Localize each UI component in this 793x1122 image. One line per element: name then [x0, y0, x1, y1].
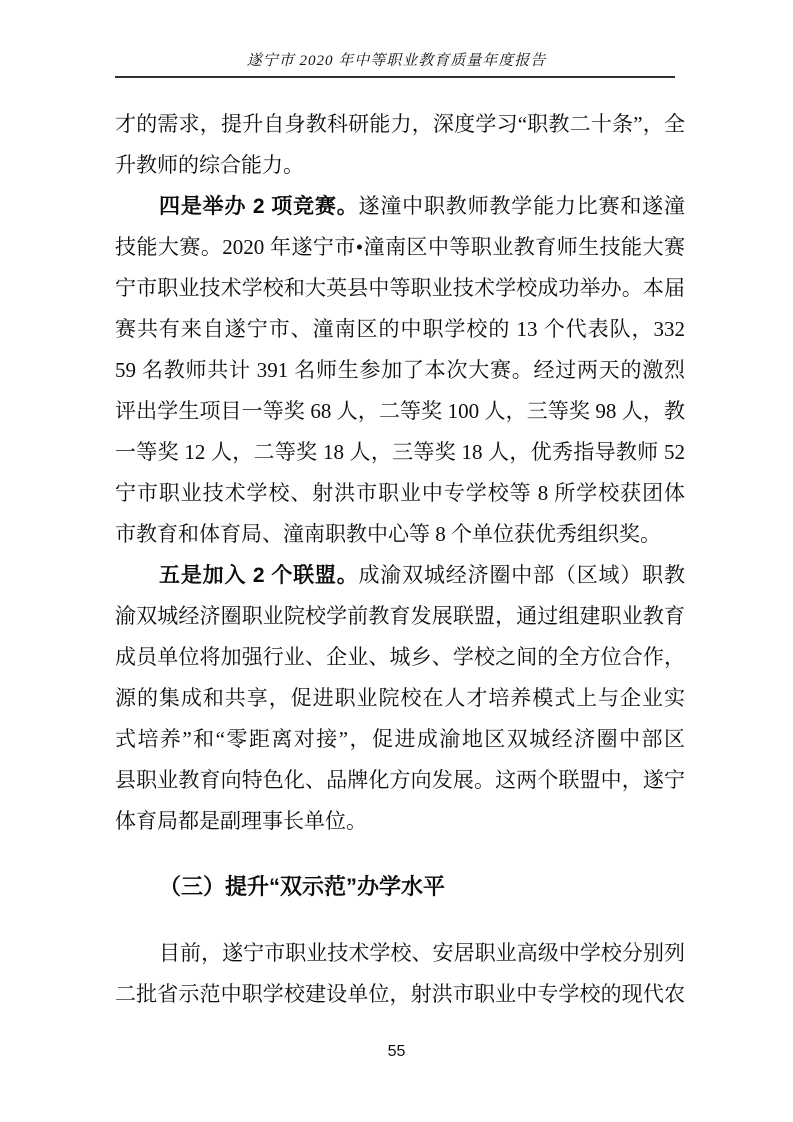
document-body: 才的需求，提升自身教科研能力，深度学习“职教二十条”，全面提升教师的综合能力。四… — [115, 104, 685, 1015]
text-line: 评出学生项目一等奖 68 人，二等奖 100 人，三等奖 98 人，教师项目 — [115, 391, 685, 432]
text-line: 式培养”和“零距离对接”，促进成渝地区双城经济圈中部区（市） — [115, 719, 685, 760]
page-header: 遂宁市 2020 年中等职业教育质量年度报告 — [0, 0, 793, 78]
text-line: 赛共有来自遂宁市、潼南区的中职学校的 13 个代表队，332 名学生 — [115, 309, 685, 350]
text-line: 才的需求，提升自身教科研能力，深度学习“职教二十条”，全面提 — [115, 104, 685, 145]
page-footer: 55 — [0, 1043, 793, 1061]
text-line: 渝双城经济圈职业院校学前教育发展联盟，通过组建职业教育联盟， — [115, 596, 685, 637]
bold-run: 四是举办 2 项竞赛。 — [159, 195, 359, 218]
text-line: 二批省示范中职学校建设单位，射洪市职业中专学校的现代农艺技 — [115, 974, 685, 1015]
text-line: 一等奖 12 人，二等奖 18 人，三等奖 18 人，优秀指导教师 52 名；遂 — [115, 432, 685, 473]
text-line: 县职业教育向特色化、品牌化方向发展。这两个联盟中，遂宁市教育 — [115, 760, 685, 801]
text-line: 目前，遂宁市职业技术学校、安居职业高级中学校分别列为第一、 — [115, 933, 685, 974]
text-line: 源的集成和共享，促进职业院校在人才培养模式上与企业实行“订单 — [115, 678, 685, 719]
text-line: 59 名教师共计 391 名师生参加了本次大赛。经过两天的激烈角逐， — [115, 350, 685, 391]
text-line: 体育局都是副理事长单位。 — [115, 801, 685, 842]
text-line: 成员单位将加强行业、企业、城乡、学校之间的全方位合作，促进资 — [115, 637, 685, 678]
page-number: 55 — [0, 1043, 793, 1061]
header-rule — [115, 76, 675, 78]
text-line: 宁市职业技术学校、射洪市职业中专学校等 8 所学校获团体奖，射洪 — [115, 473, 685, 514]
text-line: 技能大赛。2020 年遂宁市•潼南区中等职业教育师生技能大赛在遂 — [115, 227, 685, 268]
document-page: 遂宁市 2020 年中等职业教育质量年度报告 才的需求，提升自身教科研能力，深度… — [0, 0, 793, 1122]
text-line: 宁市职业技术学校和大英县中等职业技术学校成功举办。本届技能大 — [115, 268, 685, 309]
bold-run: 五是加入 2 个联盟。 — [159, 564, 359, 587]
text-line: 市教育和体育局、潼南职教中心等 8 个单位获优秀组织奖。 — [115, 514, 685, 555]
text-line: 五是加入 2 个联盟。成渝双城经济圈中部（区域）职教联盟和成 — [115, 555, 685, 596]
running-header-title: 遂宁市 2020 年中等职业教育质量年度报告 — [0, 0, 793, 72]
text-line: 升教师的综合能力。 — [115, 145, 685, 186]
section-heading: （三）提升“双示范”办学水平 — [115, 866, 685, 907]
text-line: 四是举办 2 项竞赛。遂潼中职教师教学能力比赛和遂潼中职师生 — [115, 186, 685, 227]
